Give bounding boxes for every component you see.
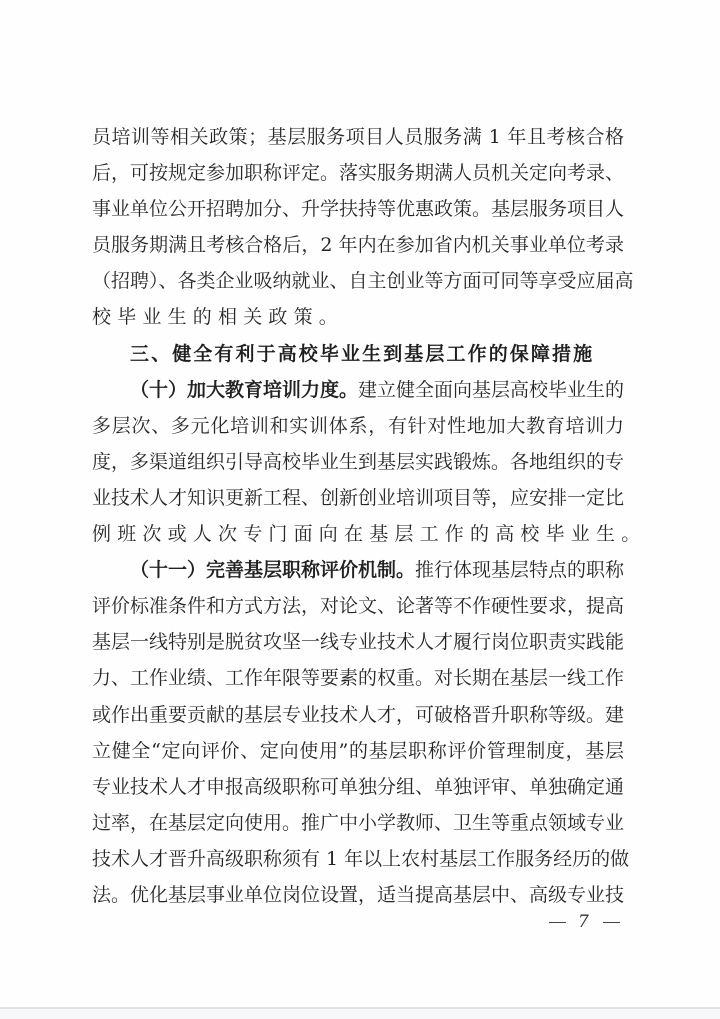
- body-line-17: 或作出重要贡献的基层专业技术人才，可破格晋升职称等级。建: [92, 701, 624, 737]
- paragraph-10-start: （十）加大教育培训力度。建立健全面向基层高校毕业生的: [92, 376, 624, 412]
- document-page: 员培训等相关政策；基层服务项目人员服务满 1 年且考核合格 后，可按规定参加职称…: [0, 0, 720, 1007]
- body-line-4: 员服务期满且考核合格后，2 年内在参加省内机关事业单位考录: [92, 231, 624, 267]
- body-line-11: 业技术人才知识更新工程、创新创业培训项目等，应安排一定比: [92, 484, 624, 520]
- page-number-dash-left: [549, 922, 566, 923]
- body-line-19: 专业技术人才申报高级职称可单独分组、单独评审、单独确定通: [92, 773, 624, 809]
- body-line-15: 基层一线特别是脱贫攻坚一线专业技术人才履行岗位职责实践能: [92, 628, 624, 664]
- page-number-dash-right: [603, 922, 620, 923]
- paragraph-11-text: 推行体现基层特点的职称: [415, 559, 624, 581]
- paragraph-11-start: （十一）完善基层职称评价机制。推行体现基层特点的职称: [92, 556, 624, 592]
- body-line-6: 校毕业生的相关政策。: [92, 303, 624, 339]
- body-line-5: （招聘）、各类企业吸纳就业、自主创业等方面可同等享受应届高: [92, 267, 624, 303]
- page-number: 7: [549, 912, 620, 932]
- body-line-14: 评价标准条件和方式方法，对论文、论著等不作硬性要求，提高: [92, 592, 624, 628]
- body-line-1: 员培训等相关政策；基层服务项目人员服务满 1 年且考核合格: [92, 123, 624, 159]
- page-number-value: 7: [578, 912, 591, 932]
- body-line-21: 技术人才晋升高级职称须有 1 年以上农村基层工作服务经历的做: [92, 845, 624, 881]
- body-line-22: 法。优化基层事业单位岗位设置，适当提高基层中、高级专业技: [92, 881, 624, 917]
- body-line-12: 例班次或人次专门面向在基层工作的高校毕业生。: [92, 520, 624, 556]
- paragraph-10-title: （十）加大教育培训力度。: [130, 379, 358, 401]
- paragraph-10-text: 建立健全面向基层高校毕业生的: [358, 379, 624, 401]
- body-line-16: 力、工作业绩、工作年限等要素的权重。对长期在基层一线工作: [92, 664, 624, 700]
- body-line-2: 后，可按规定参加职称评定。落实服务期满人员机关定向考录、: [92, 159, 624, 195]
- viewer-background: [0, 1009, 720, 1019]
- body-line-20: 过率，在基层定向使用。推广中小学教师、卫生等重点领域专业: [92, 809, 624, 845]
- body-line-10: 度，多渠道组织引导高校毕业生到基层实践锻炼。各地组织的专: [92, 448, 624, 484]
- paragraph-11-title: （十一）完善基层职称评价机制。: [130, 559, 415, 581]
- body-line-9: 多层次、多元化培训和实训体系，有针对性地加大教育培训力: [92, 412, 624, 448]
- body-line-3: 事业单位公开招聘加分、升学扶持等优惠政策。基层服务项目人: [92, 195, 624, 231]
- section-heading: 三、健全有利于高校毕业生到基层工作的保障措施: [92, 340, 624, 376]
- body-line-18: 立健全“定向评价、定向使用”的基层职称评价管理制度，基层: [92, 737, 624, 773]
- document-body: 员培训等相关政策；基层服务项目人员服务满 1 年且考核合格 后，可按规定参加职称…: [92, 123, 624, 917]
